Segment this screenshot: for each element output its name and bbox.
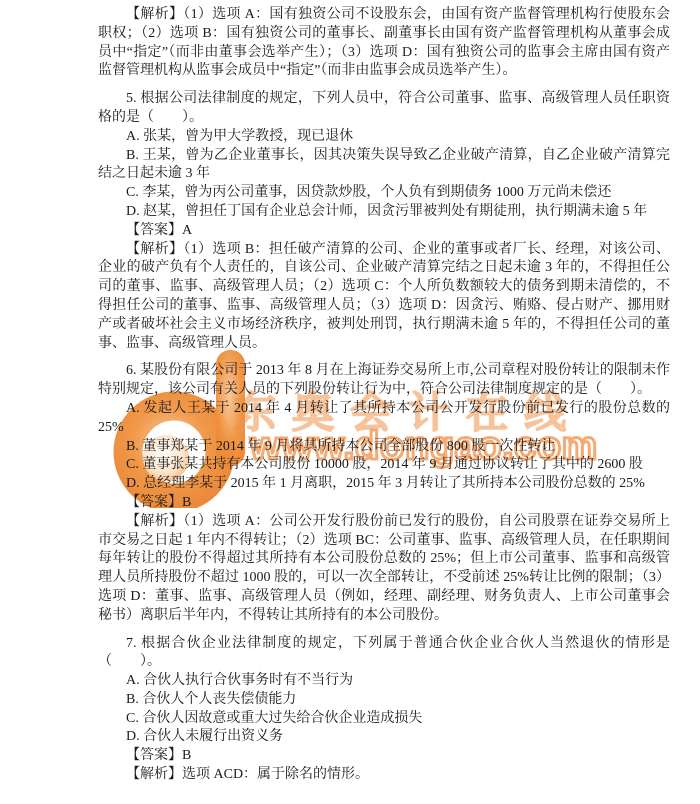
question-5-answer: 【答案】A: [98, 222, 670, 241]
question-7-option-a: A. 合伙人执行合伙事务时有不当行为: [98, 672, 670, 691]
question-6-answer: 【答案】B: [98, 494, 670, 513]
question-6-stem: 6. 某股份有限公司于 2013 年 8 月在上海证券交易所上市,公司章程对股份…: [98, 362, 670, 400]
document-page: 东奥会计在线 www.dongao.com 【解析】（1）选项 A：国有独资公司…: [0, 0, 700, 804]
question-7-stem: 7. 根据合伙企业法律制度的规定，下列属于普通合伙企业合伙人当然退伙的情形是（ …: [98, 635, 670, 673]
question-5-option-c: C. 李某，曾为丙公司董事，因贷款炒股，个人负有到期债务 1000 万元尚未偿还: [98, 184, 670, 203]
question-6-analysis: 【解析】（1）选项 A：公司公开发行股份前已发行的股份，自公司股票在证券交易所上…: [98, 513, 670, 626]
question-5-analysis: 【解析】（1）选项 B：担任破产清算的公司、企业的董事或者厂长、经理，对该公司、…: [98, 241, 670, 354]
document-content: 【解析】（1）选项 A：国有独资公司不设股东会，由国有资产监督管理机构行使股东会…: [98, 0, 670, 785]
question-5-stem: 5. 根据公司法律制度的规定，下列人员中，符合公司董事、监事、高级管理人员任职资…: [98, 90, 670, 128]
question-7-analysis: 【解析】选项 ACD：属于除名的情形。: [98, 766, 670, 785]
question-7-option-c: C. 合伙人因故意或重大过失给合伙企业造成损失: [98, 710, 670, 729]
question-7: 7. 根据合伙企业法律制度的规定，下列属于普通合伙企业合伙人当然退伙的情形是（ …: [98, 635, 670, 785]
question-5: 5. 根据公司法律制度的规定，下列人员中，符合公司董事、监事、高级管理人员任职资…: [98, 90, 670, 353]
question-6-option-c: C. 董事张某共持有本公司股份 10000 股，2014 年 9 月通过协议转让…: [98, 456, 670, 475]
question-7-option-d: D. 合伙人未履行出资义务: [98, 728, 670, 747]
question-5-option-d: D. 赵某，曾担任丁国有企业总会计师，因贪污罪被判处有期徒刑，执行期满未逾 5 …: [98, 203, 670, 222]
analysis-paragraph-q4: 【解析】（1）选项 A：国有独资公司不设股东会，由国有资产监督管理机构行使股东会…: [98, 6, 670, 81]
question-7-answer: 【答案】B: [98, 747, 670, 766]
question-6-option-d: D. 总经理李某于 2015 年 1 月离职，2015 年 3 月转让了其所持本…: [98, 475, 670, 494]
question-6-option-b: B. 董事郑某于 2014 年 9 月将其所持本公司全部股份 800 股一次性转…: [98, 438, 670, 457]
question-5-option-b: B. 王某，曾为乙企业董事长，因其决策失误导致乙企业破产清算，自乙企业破产清算完…: [98, 147, 670, 185]
question-6-option-a: A. 发起人王某于 2014 年 4 月转让了其所持本公司公开发行股份前已发行的…: [98, 400, 670, 438]
question-5-option-a: A. 张某，曾为甲大学教授，现已退休: [98, 128, 670, 147]
question-7-option-b: B. 合伙人个人丧失偿债能力: [98, 691, 670, 710]
question-6: 6. 某股份有限公司于 2013 年 8 月在上海证券交易所上市,公司章程对股份…: [98, 362, 670, 625]
